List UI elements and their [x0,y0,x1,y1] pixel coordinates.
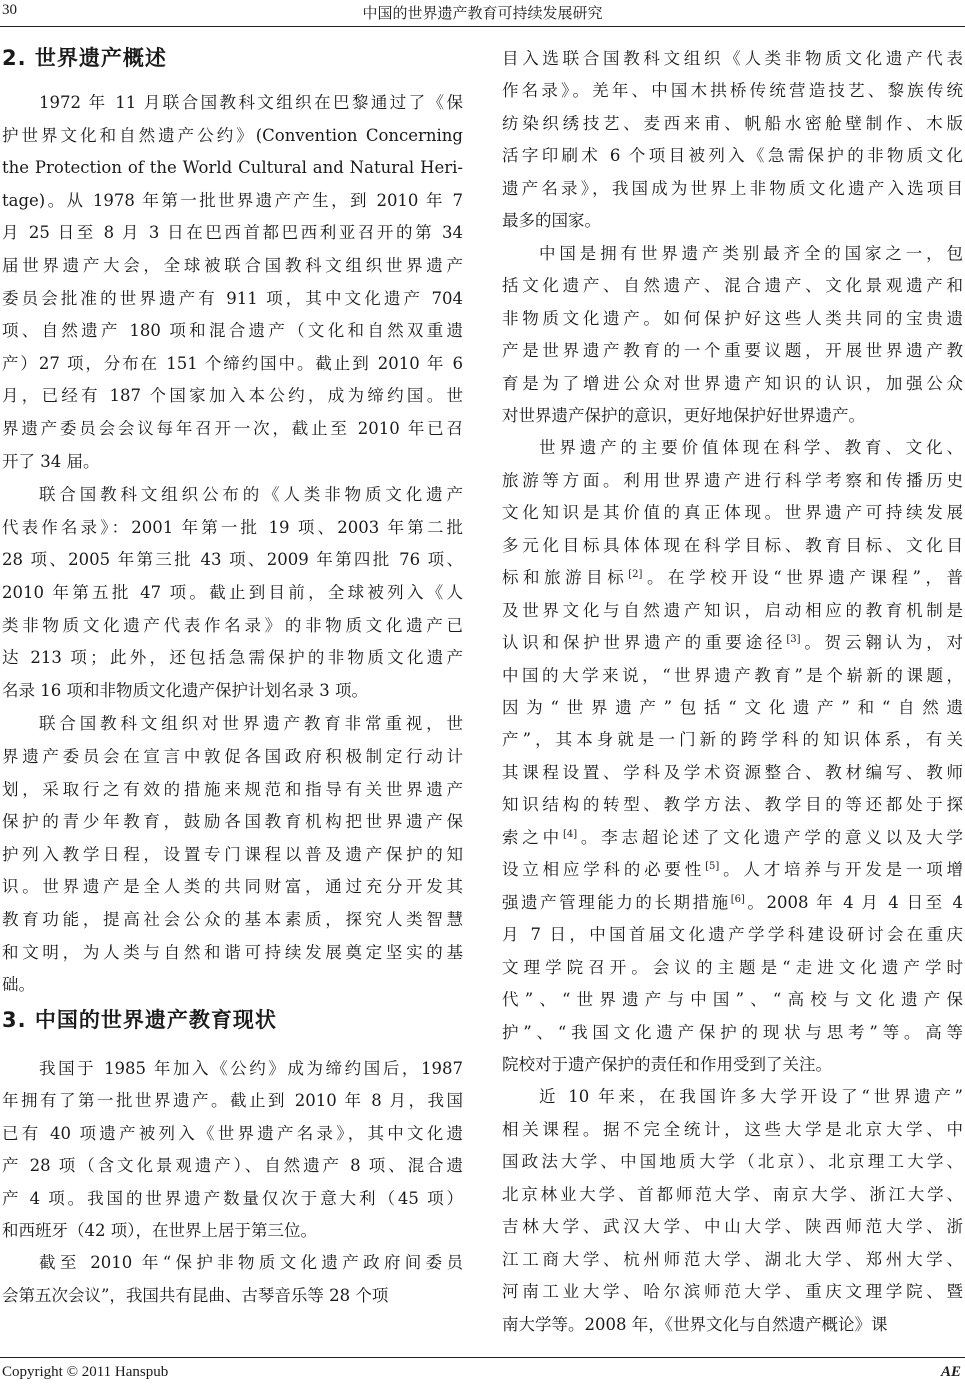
text-line: 遗产名录》，我国成为世界上非物质文化遗产入选项目 [502,174,963,204]
text-line: 项、自然遗产 180 项和混合遗产（文化和自然双重遗 [2,316,463,346]
text-line: 旅游等方面。利用世界遗产进行科学考察和传播历史 [502,466,963,496]
text-line: 护世界文化和自然遗产公约》(Convention Concerning [2,121,463,151]
text-line: 知识结构的转型、教学方法、教学目的等还都处于探 [502,790,963,820]
text-line: 达 213 项；此外，还包括急需保护的非物质文化遗产 [2,643,463,673]
text-line: 河南工业大学、哈尔滨师范大学、重庆文理学院、暨 [502,1277,963,1307]
text-line: 代表作名录》：2001 年第一批 19 项、2003 年第二批 [2,513,463,543]
text-line: 非物质文化遗产。如何保护好这些人类共同的宝贵遗 [502,304,963,334]
text-line: 产是世界遗产教育的一个重要议题，开展世界遗产教 [502,336,963,366]
page-header: 30 中国的世界遗产教育可持续发展研究 [0,0,965,27]
text-line: 近 10 年来，在我国许多大学开设了“世界遗产” [539,1082,963,1112]
text-line: 28 项、2005 年第三批 43 项、2009 年第四批 76 项、 [2,545,463,575]
page-footer: Copyright © 2011 Hanspub AE [0,1357,965,1386]
text-line: 目入选联合国教科文组织《人类非物质文化遗产代表 [502,44,963,74]
text-line: 会第五次会议”，我国共有昆曲、古琴音乐等 28 个项 [2,1281,463,1311]
text-line: 吉林大学、武汉大学、中山大学、陕西师范大学、浙 [502,1212,963,1242]
text-line: 育是为了增进公众对世界遗产知识的认识，加强公众 [502,369,963,399]
text-line: 届世界遗产大会，全球被联合国教科文组织世界遗产 [2,251,463,281]
text-line: 截至 2010 年“保护非物质文化遗产政府间委员 [39,1248,463,1278]
text-line: 因为“世界遗产”包括“文化遗产”和“自然遗 [502,693,963,723]
text-line: 保护的青少年教育，鼓励各国教育机构把世界遗产保 [2,807,463,837]
text-line: 我国于 1985 年加入《公约》成为缔约国后，1987 [39,1054,463,1084]
text-line: 对世界遗产保护的意识，更好地保护好世界遗产。 [502,401,963,431]
text-line: 识。世界遗产是全人类的共同财富，通过充分开发其 [2,872,463,902]
text-line: 世界遗产的主要价值体现在科学、教育、文化、 [539,433,963,463]
text-line: 设立相应学科的必要性[5]。人才培养与开发是一项增 [502,855,963,885]
text-line: 1972 年 11 月联合国教科文组织在巴黎通过了《保 [39,88,463,118]
text-line: tage)。从 1978 年第一批世界遗产产生，到 2010 年 7 [2,186,463,216]
text-line: 文化知识是其价值的真正体现。世界遗产可持续发展 [502,498,963,528]
text-line: 开了 34 届。 [2,447,463,477]
text-line: 名录 16 项和非物质文化遗产保护计划名录 3 项。 [2,676,463,706]
text-line: 其课程设置、学科及学术资源整合、教材编写、教师 [502,758,963,788]
text-line: 界遗产委员会在宣言中敦促各国政府积极制定行动计 [2,742,463,772]
text-line: 作名录》。羌年、中国木拱桥传统营造技艺、黎族传统 [502,76,963,106]
text-line: 委员会批准的世界遗产有 911 项，其中文化遗产 704 [2,284,463,314]
text-line: 纺染织绣技艺、麦西来甫、帆船水密舱壁制作、木版 [502,109,963,139]
text-line: 联合国教科文组织公布的《人类非物质文化遗产 [39,480,463,510]
text-line: 月，已经有 187 个国家加入本公约，成为缔约国。世 [2,381,463,411]
text-line: 产 28 项（含文化景观遗产）、自然遗产 8 项、混合遗 [2,1151,463,1181]
text-line: 标和旅游目标[2]。在学校开设“世界遗产课程”，普 [502,563,963,593]
text-line: 院校对于遗产保护的责任和作用受到了关注。 [502,1050,963,1080]
text-line: 中国是拥有世界遗产类别最齐全的国家之一，包 [539,239,963,269]
text-line: 产 4 项。我国的世界遗产数量仅次于意大利（45 项） [2,1184,463,1214]
text-line: 类非物质文化遗产代表作名录》的非物质文化遗产已 [2,611,463,641]
text-line: 和文明，为人类与自然和谐可持续发展奠定坚实的基 [2,938,463,968]
section-3-heading: 3. 中国的世界遗产教育现状 [2,1004,277,1034]
text-line: the Protection of the World Cultural and… [2,153,463,183]
text-line: 产”，其本身就是一门新的跨学科的知识体系，有关 [502,725,963,755]
text-line: 月 25 日至 8 月 3 日在巴西首都巴西利亚召开的第 34 [2,218,463,248]
text-line: 和西班牙（42 项），在世界上居于第三位。 [2,1216,463,1246]
text-line: 文理学院召开。会议的主题是“走进文化遗产学时 [502,953,963,983]
text-line: 年拥有了第一批世界遗产。截止到 2010 年 8 月，我国 [2,1086,463,1116]
citation-marker: [6] [731,894,745,905]
text-line: 国政法大学、中国地质大学（北京）、北京理工大学、 [502,1147,963,1177]
text-line: 江工商大学、杭州师范大学、湖北大学、郑州大学、 [502,1245,963,1275]
text-line: 最多的国家。 [502,206,963,236]
text-line: 认识和保护世界遗产的重要途径[3]。贺云翱认为，对 [502,628,963,658]
text-line: 南大学等。2008 年，《世界文化与自然遗产概论》课 [502,1310,963,1340]
text-line: 护”、“我国文化遗产保护的现状与思考”等。高等 [502,1018,963,1048]
text-line: 中国的大学来说，“世界遗产教育”是个崭新的课题， [502,661,963,691]
text-line: 础。 [2,970,463,1000]
text-line: 多元化目标具体体现在科学目标、教育目标、文化目 [502,531,963,561]
text-line: 2010 年第五批 47 项。截止到目前，全球被列入《人 [2,578,463,608]
text-line: 强遗产管理能力的长期措施[6]。2008 年 4 月 4 日至 4 [502,888,963,918]
copyright-notice: Copyright © 2011 Hanspub [2,1364,168,1381]
text-line: 代”、“世界遗产与中国”、“高校与文化遗产保 [502,985,963,1015]
text-line: 界遗产委员会会议每年召开一次，截止至 2010 年已召 [2,414,463,444]
text-line: 北京林业大学、首都师范大学、南京大学、浙江大学、 [502,1180,963,1210]
text-line: 已有 40 项遗产被列入《世界遗产名录》，其中文化遗 [2,1119,463,1149]
text-line: 活字印刷术 6 个项目被列入《急需保护的非物质文化 [502,141,963,171]
text-line: 护列入教学日程，设置专门课程以普及遗产保护的知 [2,840,463,870]
text-line: 产）27 项，分布在 151 个缔约国中。截止到 2010 年 6 [2,349,463,379]
text-line: 联合国教科文组织对世界遗产教育非常重视，世 [39,709,463,739]
text-line: 括文化遗产、自然遗产、混合遗产、文化景观遗产和 [502,271,963,301]
citation-marker: [3] [786,634,800,645]
text-line: 及世界文化与自然遗产知识，启动相应的教育机制是 [502,596,963,626]
text-line: 教育功能，提高社会公众的基本素质，探究人类智慧 [2,905,463,935]
section-2-heading: 2. 世界遗产概述 [2,42,167,72]
text-line: 索之中[4]。李志超论述了文化遗产学的意义以及大学 [502,823,963,853]
text-line: 划，采取行之有效的措施来规范和指导有关世界遗产 [2,775,463,805]
text-line: 月 7 日，中国首届文化遗产学学科建设研讨会在重庆 [502,920,963,950]
journal-abbreviation: AE [941,1364,961,1381]
citation-marker: [4] [563,829,577,840]
text-line: 相关课程。据不完全统计，这些大学是北京大学、中 [502,1115,963,1145]
citation-marker: [2] [628,569,642,580]
citation-marker: [5] [705,861,719,872]
running-title: 中国的世界遗产教育可持续发展研究 [0,2,965,23]
